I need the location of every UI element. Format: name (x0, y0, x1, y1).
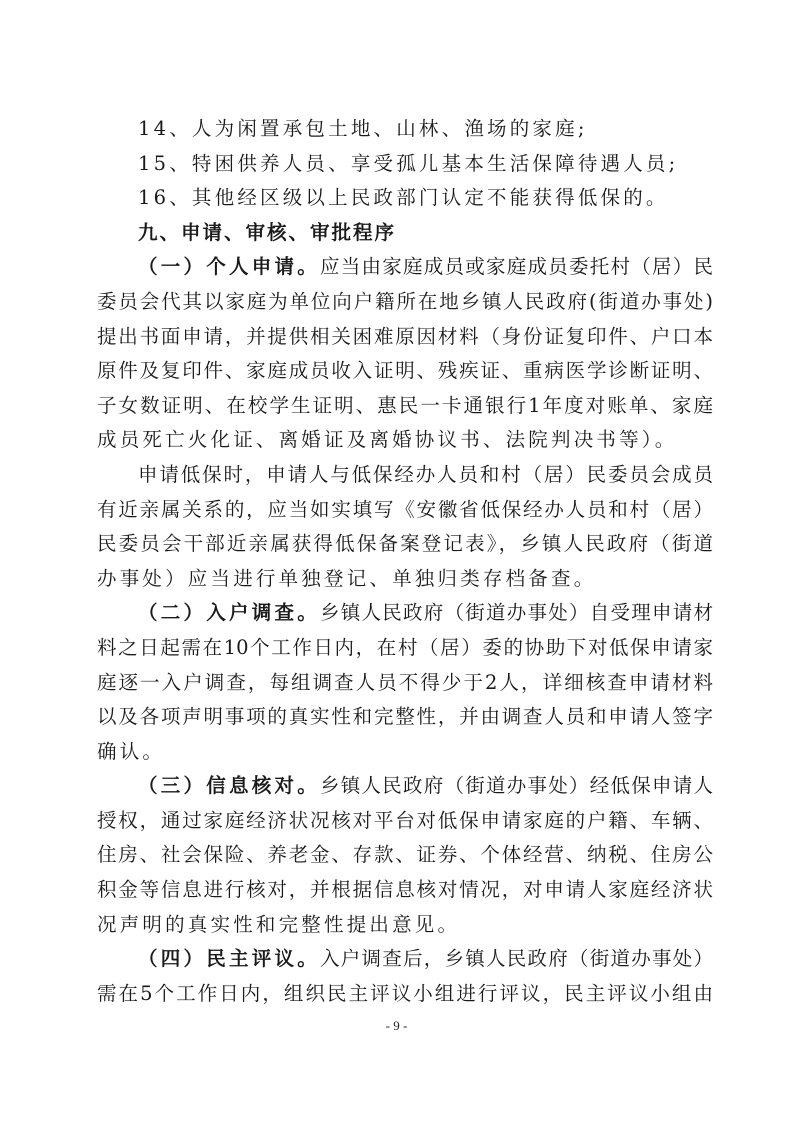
paragraph-lead: （二）入户调查。 (138, 601, 320, 624)
paragraph-line: 料之日起需在10个工作日内，在村（居）委的协助下对低保申请家 (97, 631, 713, 666)
paragraph-personal-application: （一）个人申请。应当由家庭成员或家庭成员委托村（居）民 (97, 250, 713, 285)
paragraph-line: 民委员会干部近亲属获得低保备案登记表》，乡镇人民政府（街道 (97, 527, 713, 562)
document-page: 14、人为闲置承包土地、山林、渔场的家庭; 15、特困供养人员、享受孤儿基本生活… (97, 112, 713, 1011)
paragraph-text: 应当由家庭成员或家庭成员委托村（居）民 (320, 255, 713, 278)
list-item-15: 15、特困供养人员、享受孤儿基本生活保障待遇人员; (97, 147, 713, 182)
paragraph-lead: （一）个人申请。 (138, 255, 320, 278)
list-item-16: 16、其他经区级以上民政部门认定不能获得低保的。 (97, 181, 713, 216)
page-number: - 9 - (0, 1018, 793, 1034)
paragraph-text: 入户调查后，乡镇人民政府（街道办事处） (320, 947, 713, 970)
paragraph-line: 委员会代其以家庭为单位向户籍所在地乡镇人民政府(街道办事处) (97, 285, 713, 320)
paragraph-text: 乡镇人民政府（街道办事处）经低保申请人 (320, 774, 713, 797)
paragraph-line: 成员死亡火化证、离婚证及离婚协议书、法院判决书等）。 (97, 423, 713, 458)
paragraph-line: 有近亲属关系的，应当如实填写《安徽省低保经办人员和村（居） (97, 493, 713, 528)
paragraph-democratic-review: （四）民主评议。入户调查后，乡镇人民政府（街道办事处） (97, 942, 713, 977)
paragraph-line: 提出书面申请，并提供相关困难原因材料（身份证复印件、户口本 (97, 320, 713, 355)
paragraph-lead: （三）信息核对。 (138, 774, 320, 797)
paragraph-line: 况声明的真实性和完整性提出意见。 (97, 908, 713, 943)
paragraph-line: 积金等信息进行核对，并根据信息核对情况，对申请人家庭经济状 (97, 873, 713, 908)
paragraph-line: 授权，通过家庭经济状况核对平台对低保申请家庭的户籍、车辆、 (97, 804, 713, 839)
paragraph-line: 子女数证明、在校学生证明、惠民一卡通银行1年度对账单、家庭 (97, 389, 713, 424)
paragraph-line: 需在5个工作日内，组织民主评议小组进行评议，民主评议小组由 (97, 977, 713, 1012)
list-item-14: 14、人为闲置承包土地、山林、渔场的家庭; (97, 112, 713, 147)
paragraph-line: 办事处）应当进行单独登记、单独归类存档备查。 (97, 562, 713, 597)
section-heading: 九、申请、审核、审批程序 (97, 216, 713, 251)
paragraph-text: 乡镇人民政府（街道办事处）自受理申请材 (320, 601, 713, 624)
paragraph-line: 住房、社会保险、养老金、存款、证券、个体经营、纳税、住房公 (97, 838, 713, 873)
paragraph-line: 确认。 (97, 735, 713, 770)
paragraph-lead: （四）民主评议。 (138, 947, 320, 970)
paragraph-line: 庭逐一入户调查，每组调查人员不得少于2人，详细核查申请材料 (97, 666, 713, 701)
paragraph-home-survey: （二）入户调查。乡镇人民政府（街道办事处）自受理申请材 (97, 596, 713, 631)
paragraph-relative-declaration: 申请低保时，申请人与低保经办人员和村（居）民委员会成员 (97, 458, 713, 493)
paragraph-line: 以及各项声明事项的真实性和完整性，并由调查人员和申请人签字 (97, 700, 713, 735)
paragraph-info-verification: （三）信息核对。乡镇人民政府（街道办事处）经低保申请人 (97, 769, 713, 804)
paragraph-line: 原件及复印件、家庭成员收入证明、残疾证、重病医学诊断证明、 (97, 354, 713, 389)
